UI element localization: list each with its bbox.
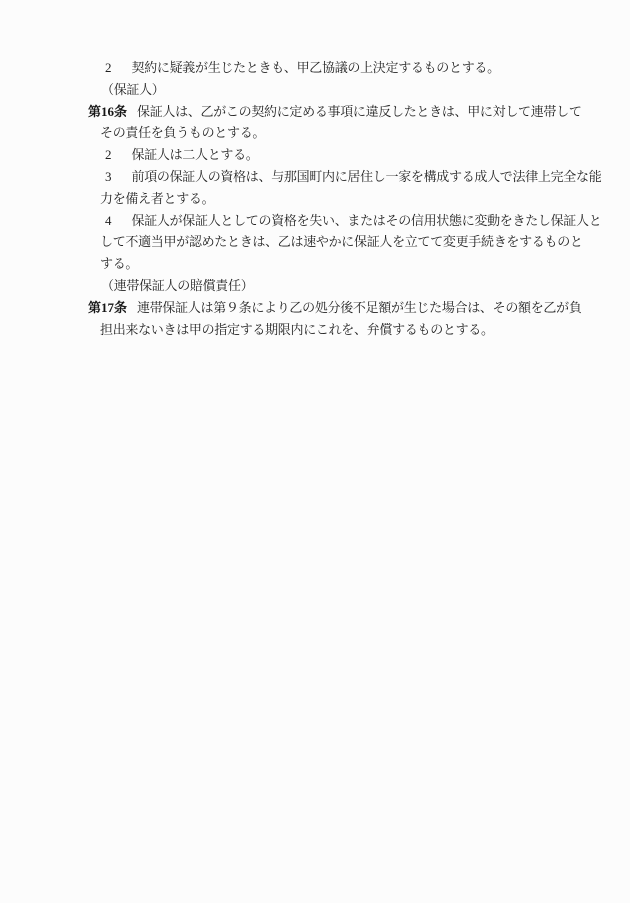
paragraph-number: 3 bbox=[105, 166, 112, 188]
section-heading-text: （保証人） bbox=[101, 82, 165, 97]
article-number: 第17条 bbox=[88, 297, 127, 319]
article-17-line: 第17条連帯保証人は第９条により乙の処分後不足額が生じた場合は、その額を乙が負 bbox=[88, 297, 593, 319]
article-16-paragraph-2: 2保証人は二人とする。 bbox=[105, 144, 593, 166]
paragraph-4-continuation-2: する。 bbox=[100, 253, 593, 275]
paragraph-text: 保証人は二人とする。 bbox=[132, 147, 259, 162]
section-heading-joint-guarantor-liability: （連帯保証人の賠償責任） bbox=[101, 275, 593, 297]
continuation-text: 担出来ないきは甲の指定する期限内にこれを、弁償するものとする。 bbox=[100, 322, 494, 337]
article-16-line: 第16条保証人は、乙がこの契約に定める事項に違反したときは、甲に対して連帯して bbox=[88, 101, 593, 123]
paragraph-number: 2 bbox=[105, 57, 112, 79]
paragraph-text: 保証人が保証人としての資格を失い、またはその信用状態に変動をきたし保証人と bbox=[132, 213, 602, 228]
section-heading-text: （連帯保証人の賠償責任） bbox=[101, 278, 253, 293]
continuation-text: その責任を負うものとする。 bbox=[100, 125, 265, 140]
paragraph-text: 契約に疑義が生じたときも、甲乙協議の上決定するものとする。 bbox=[132, 60, 500, 75]
paragraph-3-continuation: 力を備え者とする。 bbox=[100, 188, 593, 210]
article-16-continuation: その責任を負うものとする。 bbox=[100, 122, 593, 144]
section-heading-guarantor: （保証人） bbox=[101, 79, 593, 101]
article-16-paragraph-4: 4保証人が保証人としての資格を失い、またはその信用状態に変動をきたし保証人と bbox=[105, 210, 593, 232]
article-17-continuation: 担出来ないきは甲の指定する期限内にこれを、弁償するものとする。 bbox=[100, 319, 593, 341]
article-number: 第16条 bbox=[88, 101, 127, 123]
continuation-text: 力を備え者とする。 bbox=[100, 191, 214, 206]
continuation-text: する。 bbox=[100, 256, 138, 271]
continuation-text: して不適当甲が認めたときは、乙は速やかに保証人を立てて変更手続きをするものと bbox=[100, 234, 583, 249]
article-16-paragraph-3: 3前項の保証人の資格は、与那国町内に居住し一家を構成する成人で法律上完全な能 bbox=[105, 166, 593, 188]
paragraph-text: 前項の保証人の資格は、与那国町内に居住し一家を構成する成人で法律上完全な能 bbox=[132, 169, 602, 184]
document-page: 2契約に疑義が生じたときも、甲乙協議の上決定するものとする。 （保証人） 第16… bbox=[0, 0, 630, 903]
contract-text-block: 2契約に疑義が生じたときも、甲乙協議の上決定するものとする。 （保証人） 第16… bbox=[88, 57, 593, 340]
article-text: 連帯保証人は第９条により乙の処分後不足額が生じた場合は、その額を乙が負 bbox=[137, 300, 582, 315]
paragraph-number: 2 bbox=[105, 144, 112, 166]
paragraph-number: 4 bbox=[105, 210, 112, 232]
clause-paragraph-2: 2契約に疑義が生じたときも、甲乙協議の上決定するものとする。 bbox=[105, 57, 593, 79]
paragraph-4-continuation-1: して不適当甲が認めたときは、乙は速やかに保証人を立てて変更手続きをするものと bbox=[100, 231, 593, 253]
article-text: 保証人は、乙がこの契約に定める事項に違反したときは、甲に対して連帯して bbox=[137, 104, 582, 119]
